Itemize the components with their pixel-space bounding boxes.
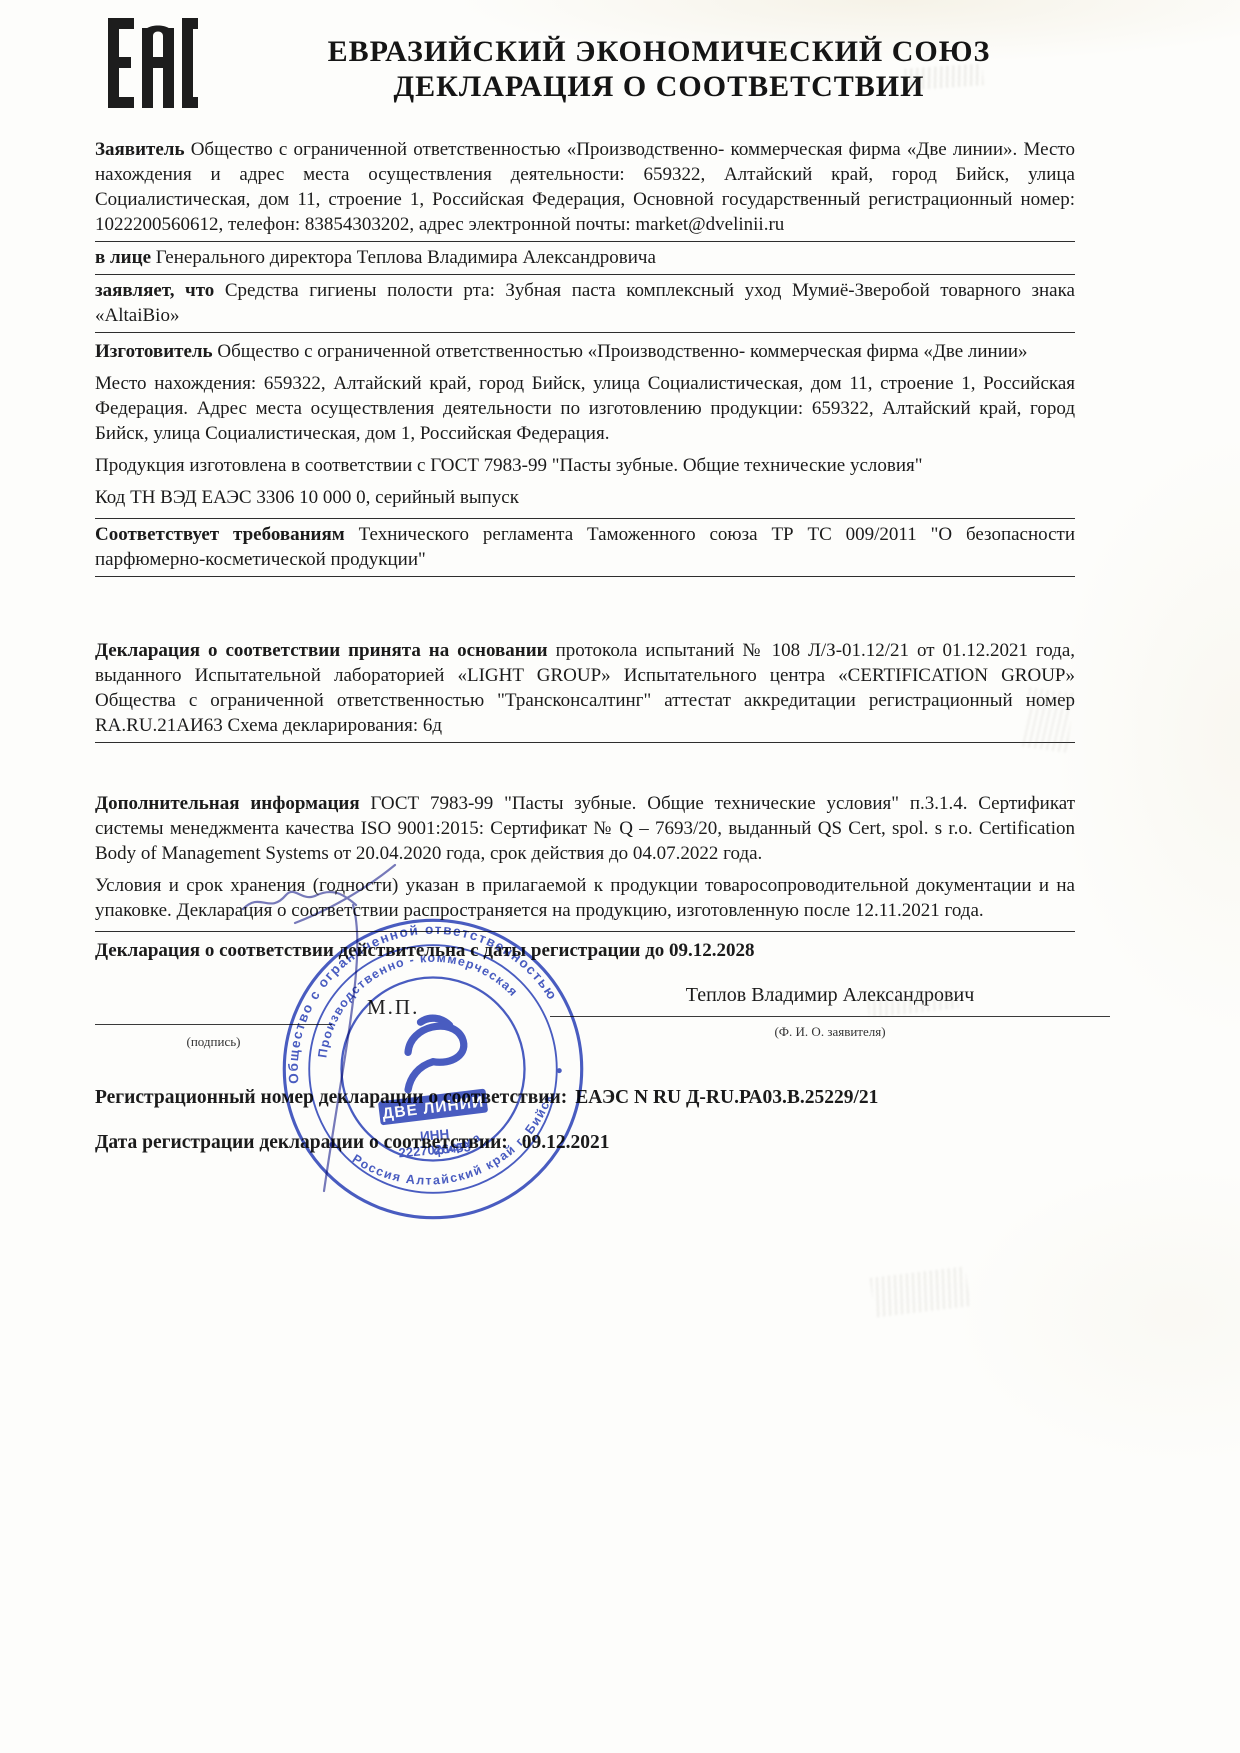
declares-text: Средства гигиены полости рта: Зубная пас…	[95, 280, 1075, 326]
manufacturer-label: Изготовитель	[95, 341, 213, 362]
declaration-document-page: ЕВРАЗИЙСКИЙ ЭКОНОМИЧЕСКИЙ СОЮЗ ДЕКЛАРАЦИ…	[0, 0, 1240, 1753]
scan-artifact	[870, 1266, 970, 1317]
manufacturer-gost: Продукция изготовлена в соответствии с Г…	[95, 450, 1075, 482]
basis-label: Декларация о соответствии принята на осн…	[95, 640, 548, 661]
section-applicant: Заявитель Общество с ограниченной ответс…	[95, 134, 1075, 242]
manufacturer-tnved-code: Код ТН ВЭД ЕАЭС 3306 10 000 0, серийный …	[95, 482, 1075, 514]
section-in-person: в лице Генерального директора Теплова Вл…	[95, 242, 1075, 275]
company-round-stamp: Общество с ограниченной ответственностью…	[277, 913, 589, 1225]
manufacturer-name: Изготовитель Общество с ограниченной отв…	[95, 336, 1075, 368]
stamp-outer-ring-top-text: Общество с ограниченной ответственностью	[277, 913, 562, 1088]
section-basis: Декларация о соответствии принята на осн…	[95, 635, 1075, 743]
declares-label: заявляет, что	[95, 280, 214, 301]
registration-number-value: ЕАЭС N RU Д-RU.РА03.В.25229/21	[575, 1087, 878, 1108]
applicant-text: Общество с ограниченной ответственностью…	[95, 139, 1075, 235]
signature-block: (подпись) М.П. Теплов Владимир Александр…	[95, 969, 1075, 1069]
complies-label: Соответствует требованиям	[95, 524, 345, 545]
title-union: ЕВРАЗИЙСКИЙ ЭКОНОМИЧЕСКИЙ СОЮЗ	[198, 34, 1120, 69]
svg-text:Общество с ограниченной ответс: Общество с ограниченной ответственностью	[277, 913, 562, 1088]
document-header: ЕВРАЗИЙСКИЙ ЭКОНОМИЧЕСКИЙ СОЮЗ ДЕКЛАРАЦИ…	[0, 0, 1240, 108]
in-person-text: Генерального директора Теплова Владимира…	[156, 247, 656, 268]
document-title: ЕВРАЗИЙСКИЙ ЭКОНОМИЧЕСКИЙ СОЮЗ ДЕКЛАРАЦИ…	[198, 18, 1120, 105]
document-body: Заявитель Общество с ограниченной ответс…	[0, 134, 1240, 1155]
additional-info-label: Дополнительная информация	[95, 793, 360, 814]
manufacturer-text: Общество с ограниченной ответственностью…	[217, 341, 1027, 362]
applicant-name-block: Теплов Владимир Александрович (Ф. И. О. …	[550, 983, 1110, 1044]
manufacturer-address: Место нахождения: 659322, Алтайский край…	[95, 368, 1075, 450]
in-person-label: в лице	[95, 247, 151, 268]
section-manufacturer: Изготовитель Общество с ограниченной отв…	[95, 333, 1075, 519]
eac-logo-icon	[106, 18, 198, 108]
applicant-full-name: Теплов Владимир Александрович	[550, 983, 1110, 1017]
applicant-label: Заявитель	[95, 139, 185, 160]
title-declaration: ДЕКЛАРАЦИЯ О СООТВЕТСТВИИ	[198, 69, 1120, 104]
section-complies: Соответствует требованиям Технического р…	[95, 519, 1075, 577]
section-declares: заявляет, что Средства гигиены полости р…	[95, 275, 1075, 333]
applicant-name-caption: (Ф. И. О. заявителя)	[550, 1017, 1110, 1044]
